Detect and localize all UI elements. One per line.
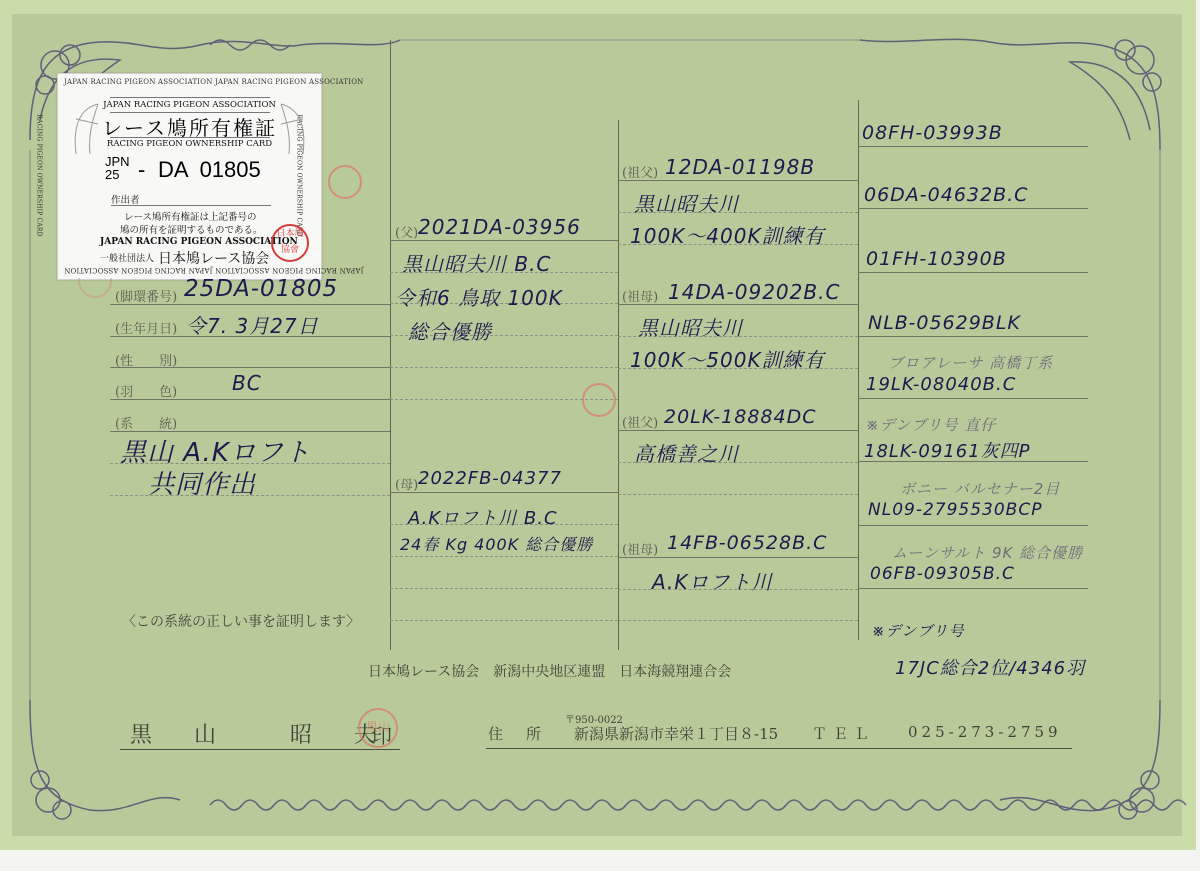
label-granddam-2: (祖母) — [622, 539, 658, 558]
certification-statement: 〈この系統の正しい事を証明します〉 — [122, 611, 360, 631]
card-creator-label: 作出者 — [111, 192, 140, 206]
label-grandsire-2: (祖父) — [622, 412, 658, 431]
ggp-5-ring: 19LK-08040B.C — [866, 374, 1016, 395]
ggp-6-note: ※デンブリ号 直仔 — [866, 414, 996, 435]
seal-stamp-1 — [328, 165, 362, 199]
label-strain: (系 統) — [115, 413, 177, 432]
sire-ring: 2021DA-03956 — [418, 215, 581, 239]
granddam-1-ring: 14DA-09202B.C — [668, 280, 840, 304]
address: 新潟県新潟市幸栄１丁目８-15 — [574, 723, 778, 744]
card-issuer-prefix: 一般社団法人 — [100, 251, 154, 264]
granddam-2-line1: A.Kロフト川 — [652, 566, 773, 595]
tel-number: 025-273-2759 — [908, 723, 1062, 741]
ggp-3-ring: 01FH-10390B — [866, 248, 1007, 270]
dam-line1: A.Kロフト川 B.C — [408, 504, 558, 530]
granddam-1-line2: 100K〜500K訓練有 — [630, 344, 825, 373]
seal-stamp-2 — [582, 383, 616, 417]
ggp-5-note: ブロアレーサ 高橋丁系 — [888, 352, 1053, 373]
card-statement-1: レース鳩所有権証は上記番号の — [124, 209, 257, 223]
tel-label: ＴＥＬ — [812, 723, 875, 744]
value-color: BC — [232, 371, 262, 395]
sire-line1: 黒山昭夫川 B.C — [402, 248, 551, 277]
grandsire-2-line1: 高橋善之川 — [634, 438, 739, 467]
value-birthdate: 令7. 3月27日 — [186, 310, 319, 339]
label-birthdate: (生年月日) — [115, 318, 177, 337]
card-issuer-en: JAPAN RACING PIGEON ASSOCIATION — [100, 237, 298, 247]
sire-line3: 総合優勝 — [408, 316, 492, 345]
label-dam: (母) — [395, 474, 418, 493]
card-statement-2: 鳩の所有を証明するものである。 — [120, 222, 263, 236]
label-granddam-1: (祖母) — [622, 286, 658, 305]
owner-name: 黒 山 昭 夫 — [130, 718, 386, 749]
card-dash: - — [138, 157, 145, 183]
label-color: (羽 色) — [115, 381, 177, 400]
ggp-6-ring: 18LK-09161灰四P — [864, 437, 1031, 463]
grandsire-1-line1: 黒山昭夫川 — [634, 188, 739, 217]
dam-ring: 2022FB-04377 — [418, 468, 562, 489]
card-band-left: RACING PIGEON OWNERSHIP CARD — [36, 114, 43, 236]
label-sire: (父) — [395, 222, 418, 241]
ggp-7-ring: NL09-2795530BCP — [868, 500, 1042, 520]
card-header-en: JAPAN RACING PIGEON ASSOCIATION — [58, 100, 321, 110]
label-sex: (性 別) — [115, 350, 177, 369]
card-year: 25 — [105, 168, 119, 181]
ownership-card: JAPAN RACING PIGEON ASSOCIATION JAPAN RA… — [57, 73, 322, 280]
value-ring-number: 25DA-01805 — [184, 276, 338, 302]
association-seal: 日本鳩協會 — [271, 224, 309, 262]
ggp-4-ring: NLB-05629BLK — [868, 312, 1021, 334]
sire-line2: 令和6 鳥取 100K — [395, 282, 563, 311]
ggp-2-ring: 06DA-04632B.C — [864, 184, 1028, 206]
ggp-7-note: ボニー バルセナー2目 — [900, 478, 1060, 499]
granddam-1-line1: 黒山昭夫川 — [638, 312, 743, 341]
label-grandsire-1: (祖父) — [622, 162, 658, 181]
address-label: 住 所 — [488, 723, 545, 744]
card-band-top: JAPAN RACING PIGEON ASSOCIATION JAPAN RA… — [64, 78, 364, 86]
owner-seal-stamp: 黒山 — [358, 708, 398, 748]
granddam-2-ring: 14FB-06528B.C — [667, 532, 827, 554]
card-issuer-jp: 日本鳩レース協会 — [158, 248, 269, 268]
ggp-1-ring: 08FH-03993B — [862, 122, 1003, 144]
value-strain-line2: 共同作出 — [148, 464, 256, 501]
grandsire-2-ring: 20LK-18884DC — [664, 406, 817, 428]
organizations: 日本鳩レース協会 新潟中央地区連盟 日本海競翔連合会 — [368, 661, 731, 681]
ggp-8-ring: 06FB-09305B.C — [870, 564, 1015, 584]
extra-note-line2: 17JC総合2位/4346羽 — [895, 654, 1085, 680]
card-title-en: RACING PIGEON OWNERSHIP CARD — [58, 139, 321, 149]
ggp-8-note: ムーンサルト 9K 総合優勝 — [892, 542, 1083, 563]
grandsire-1-ring: 12DA-01198B — [665, 155, 815, 179]
grandsire-1-line2: 100K〜400K訓練有 — [630, 220, 825, 249]
label-ring-number: (脚環番号) — [115, 286, 177, 305]
dam-line2: 24春 Kg 400K 総合優勝 — [400, 532, 593, 555]
card-ring-number: DA 01805 — [158, 157, 261, 183]
extra-note-line1: ※デンブリ号 — [872, 620, 965, 641]
